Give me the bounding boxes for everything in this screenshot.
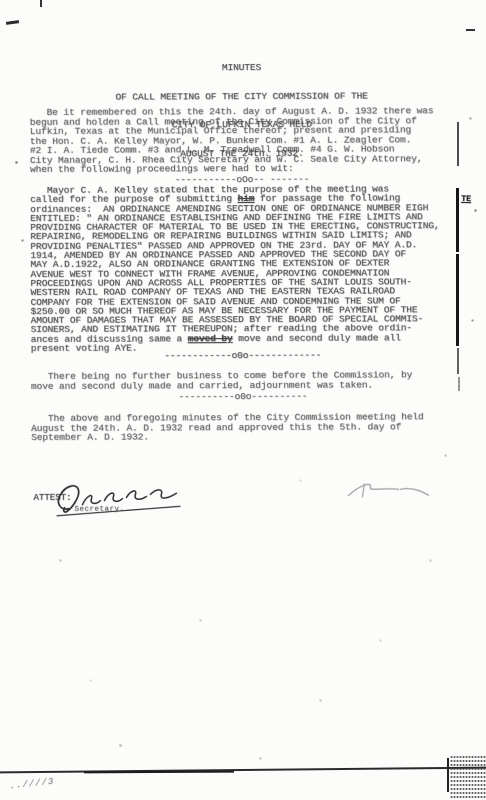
section-divider-2: ------------o0o-------------: [18, 350, 468, 361]
ordinance-text-segment-2: for passage the following ordinances: AN…: [30, 193, 439, 345]
title-line-minutes: MINUTES: [17, 62, 467, 73]
scan-fold-line-segment: [457, 122, 459, 166]
scan-fold-line-segment: [458, 377, 460, 391]
scan-fold-line-segment: [457, 348, 459, 374]
strikethrough-word-2: moved by: [188, 333, 233, 344]
pencil-mark-icon: [340, 479, 435, 505]
signature-ink-icon: [52, 478, 192, 523]
document-content: MINUTES OF CALL MEETING OF THE CITY COMM…: [0, 0, 486, 800]
secretary-title: Secretary.: [74, 506, 124, 516]
scan-fold-line-segment: [456, 188, 459, 252]
scan-noise-specks: [0, 0, 1, 1]
scan-artifact-dash: [466, 29, 475, 31]
scan-artifact-tick: [40, 0, 42, 7]
ordinance-paragraph: Mayor C. A. Kelley stated that the purpo…: [30, 184, 473, 353]
mayor-pencil-initials: [340, 479, 435, 505]
page-corner-smudge: [450, 755, 486, 800]
adjournment-paragraph: There being no further business to come …: [31, 370, 471, 391]
scan-artifact-tick: [447, 758, 449, 792]
section-divider-3: ----------o0o----------: [18, 391, 468, 402]
approval-paragraph: The above and foregoing minutes of the C…: [31, 412, 471, 442]
secretary-signature: [52, 478, 192, 523]
scan-fold-line-segment: [456, 254, 459, 346]
scanned-minutes-page: MINUTES OF CALL MEETING OF THE CITY COMM…: [0, 0, 486, 800]
opening-paragraph: Be it remembered on this the 24th. day o…: [30, 106, 470, 174]
handwritten-page-mark: ..////3: [9, 778, 55, 792]
handwritten-margin-note: TE: [461, 195, 471, 205]
title-line-meeting: OF CALL MEETING OF THE CITY COMMISSION O…: [17, 91, 467, 102]
